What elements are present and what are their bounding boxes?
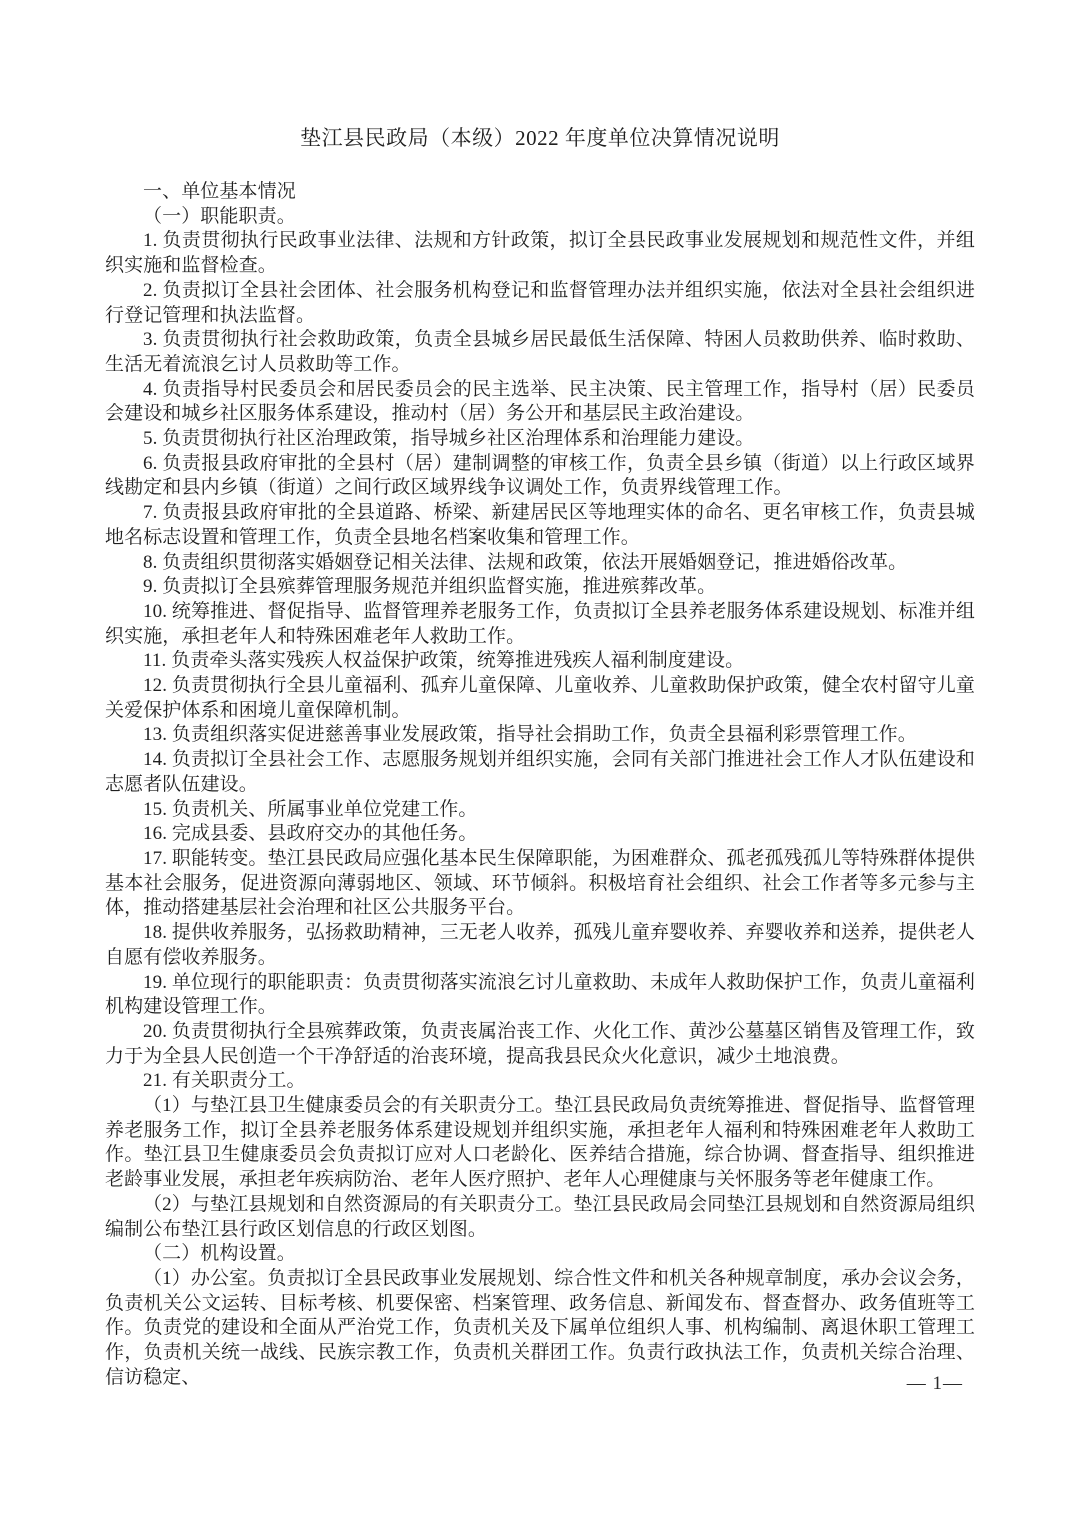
page-number: — 1— [907,1372,963,1396]
paragraph: 19. 单位现行的职能职责：负责贯彻落实流浪乞讨儿童救助、未成年人救助保护工作，… [105,971,975,1020]
paragraph: 9. 负责拟订全县殡葬管理服务规范并组织监督实施，推进殡葬改革。 [105,575,975,600]
paragraph: 18. 提供收养服务，弘扬救助精神，三无老人收养，孤残儿童弃婴收养、弃婴收养和送… [105,921,975,970]
paragraph: （1）办公室。负责拟订全县民政事业发展规划、综合性文件和机关各种规章制度，承办会… [105,1267,975,1391]
paragraph: 7. 负责报县政府审批的全县道路、桥梁、新建居民区等地理实体的命名、更名审核工作… [105,501,975,550]
paragraph: 13. 负责组织落实促进慈善事业发展政策，指导社会捐助工作，负责全县福利彩票管理… [105,723,975,748]
paragraph: 15. 负责机关、所属事业单位党建工作。 [105,798,975,823]
paragraph: 16. 完成县委、县政府交办的其他任务。 [105,822,975,847]
document-page: 垫江县民政局（本级）2022 年度单位决算情况说明 一、单位基本情况 （一）职能… [0,0,1074,1520]
section-heading: 一、单位基本情况 [105,180,975,205]
paragraph: 10. 统筹推进、督促指导、监督管理养老服务工作，负责拟订全县养老服务体系建设规… [105,600,975,649]
paragraph: 5. 负责贯彻执行社区治理政策，指导城乡社区治理体系和治理能力建设。 [105,427,975,452]
paragraph: 6. 负责报县政府审批的全县村（居）建制调整的审核工作，负责全县乡镇（街道）以上… [105,452,975,501]
paragraph: 3. 负责贯彻执行社会救助政策，负责全县城乡居民最低生活保障、特困人员救助供养、… [105,328,975,377]
paragraph: 14. 负责拟订全县社会工作、志愿服务规划并组织实施，会同有关部门推进社会工作人… [105,748,975,797]
paragraph: 17. 职能转变。垫江县民政局应强化基本民生保障职能，为困难群众、孤老孤残孤儿等… [105,847,975,921]
document-title: 垫江县民政局（本级）2022 年度单位决算情况说明 [105,126,975,151]
document-body: 一、单位基本情况 （一）职能职责。 1. 负责贯彻执行民政事业法律、法规和方针政… [105,180,975,1390]
paragraph: 8. 负责组织贯彻落实婚姻登记相关法律、法规和政策，依法开展婚姻登记，推进婚俗改… [105,551,975,576]
subsection-heading: （一）职能职责。 [105,205,975,230]
paragraph: （2）与垫江县规划和自然资源局的有关职责分工。垫江县民政局会同垫江县规划和自然资… [105,1193,975,1242]
paragraph: 21. 有关职责分工。 [105,1069,975,1094]
paragraph: 20. 负责贯彻执行全县殡葬政策，负责丧属治丧工作、火化工作、黄沙公墓墓区销售及… [105,1020,975,1069]
paragraph: 11. 负责牵头落实残疾人权益保护政策，统筹推进残疾人福利制度建设。 [105,649,975,674]
paragraph: （1）与垫江县卫生健康委员会的有关职责分工。垫江县民政局负责统筹推进、督促指导、… [105,1094,975,1193]
paragraph: 1. 负责贯彻执行民政事业法律、法规和方针政策，拟订全县民政事业发展规划和规范性… [105,229,975,278]
subsection-heading: （二）机构设置。 [105,1242,975,1267]
paragraph: 2. 负责拟订全县社会团体、社会服务机构登记和监督管理办法并组织实施，依法对全县… [105,279,975,328]
paragraph: 4. 负责指导村民委员会和居民委员会的民主选举、民主决策、民主管理工作，指导村（… [105,378,975,427]
paragraph: 12. 负责贯彻执行全县儿童福利、孤弃儿童保障、儿童收养、儿童救助保护政策，健全… [105,674,975,723]
